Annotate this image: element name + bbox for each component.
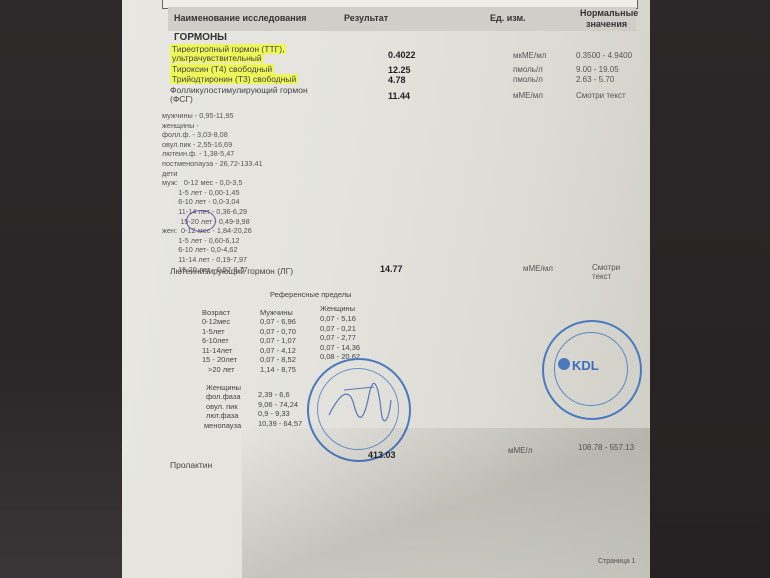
reference-cell: 2,39 - 6,6 xyxy=(258,390,290,400)
reference-note-line: овул.пик - 2,55-16,69 xyxy=(162,140,263,150)
reference-cell: 0,07 - 4,12 xyxy=(260,346,296,356)
reference-note-line: фолл.ф. - 3,03-8,08 xyxy=(162,130,263,140)
table-header: Наименование исследования Результат Ед. … xyxy=(168,7,636,31)
table-surface-left xyxy=(0,0,125,578)
reference-cell: лют.фаза xyxy=(206,411,238,421)
result-value: 12.25 xyxy=(388,65,411,75)
reference-cell: 0,07 - 2,77 xyxy=(320,333,356,343)
signature-stamp xyxy=(307,358,411,462)
kdl-globe-icon xyxy=(558,358,570,370)
reference-cell: 1,14 - 8,75 xyxy=(260,365,296,375)
result-norm: Смотри текст xyxy=(592,263,636,281)
reference-cell: 0,07 - 5,16 xyxy=(320,314,356,324)
reference-cell: 15 - 20лет xyxy=(202,355,237,365)
header-result: Результат xyxy=(344,13,388,23)
table-surface-right xyxy=(630,0,770,578)
reference-cell: Женщины xyxy=(320,304,355,314)
reference-note-line: постменопауза - 26,72-133.41 xyxy=(162,159,263,169)
result-norm: 0.3500 - 4.9400 xyxy=(576,51,632,60)
reference-cell: 0,9 - 9,33 xyxy=(258,409,290,419)
result-value: 4.78 xyxy=(388,75,406,85)
result-unit: пмоль/л xyxy=(513,65,543,74)
kdl-stamp: KDL xyxy=(542,320,642,420)
result-value: 413.03 xyxy=(368,450,396,460)
lab-report-page: Наименование исследования Результат Ед. … xyxy=(122,0,650,578)
reference-note-line: 6-10 лет - 0,0-3,04 xyxy=(162,197,263,207)
reference-cell: 11-14лет xyxy=(202,346,232,356)
reference-cell: овул. пик xyxy=(206,402,238,412)
section-title: ГОРМОНЫ xyxy=(174,32,227,43)
result-row-prolactin: Пролактин 413.03 мМЕ/л 108.78 - 557.13 xyxy=(168,446,636,466)
reference-title: Референсные пределы xyxy=(270,290,352,300)
reference-cell: 6-10лет xyxy=(202,336,229,346)
reference-cell: 10,39 - 64,57 xyxy=(258,419,302,429)
reference-note-line: 6-10 лет- 0,0-4,62 xyxy=(162,245,263,255)
result-norm: 9.00 - 19.05 xyxy=(576,65,619,74)
result-name: Лютеинизирующий гормон (ЛГ) xyxy=(170,267,293,276)
reference-cell: 9,06 - 74,24 xyxy=(258,400,298,410)
reference-note-line: лютеин.ф. - 1,38-5,47 xyxy=(162,149,263,159)
reference-note-line: 1-5 лет - 0,00-1,45 xyxy=(162,188,263,198)
reference-cell: 0,07 - 0,70 xyxy=(260,327,296,337)
result-row-fsh: Фолликулостимулирующий гормон(ФСГ) 11.44… xyxy=(168,86,636,106)
result-value: 0.4022 xyxy=(388,50,416,60)
reference-cell: 0,07 - 8,52 xyxy=(260,355,296,365)
result-name-2: (ФСГ) xyxy=(170,94,193,104)
result-row-lh: Лютеинизирующий гормон (ЛГ) 14.77 мМЕ/мл… xyxy=(168,264,636,276)
header-norm-2: значения xyxy=(586,19,627,29)
fsh-reference-notes: мужчины - 0,95-11,95женщины -фолл.ф. - 3… xyxy=(162,111,263,274)
result-norm: 108.78 - 557.13 xyxy=(578,443,634,452)
reference-cell: 1-5лет xyxy=(202,327,225,337)
reference-note-line: муж: 0-12 мес - 0,0-3,5 xyxy=(162,178,263,188)
reference-note-line: 1-5 лет - 0,60-6,12 xyxy=(162,236,263,246)
page-number: Страница 1 xyxy=(598,558,636,565)
reference-cell: 0,07 - 1,07 xyxy=(260,336,296,346)
result-norm: 2.63 - 5.70 xyxy=(576,75,614,84)
result-name-2: ультрачувствительный xyxy=(170,53,264,63)
result-unit: мМЕ/мл xyxy=(523,264,553,273)
reference-cell: фол.фаза xyxy=(206,392,241,402)
result-unit: пмоль/л xyxy=(513,75,543,84)
reference-note-line: женщины - xyxy=(162,121,263,131)
result-name: Пролактин xyxy=(170,461,212,470)
result-value: 11.44 xyxy=(388,91,410,101)
reference-note-line: дети xyxy=(162,169,263,179)
result-name: Трийодтиронин (Т3) свободный xyxy=(170,74,298,84)
result-name: Тироксин (Т4) свободный xyxy=(170,64,274,74)
result-unit: мМЕ/мл xyxy=(513,91,543,100)
reference-cell: менопауза xyxy=(204,421,241,431)
header-name: Наименование исследования xyxy=(174,13,307,23)
signature-icon xyxy=(319,375,399,435)
reference-cell: >20 лет xyxy=(208,365,235,375)
result-row-t3: Трийодтиронин (Т3) свободный 4.78 пмоль/… xyxy=(168,75,636,85)
result-unit: мкМЕ/мл xyxy=(513,51,546,60)
reference-cell: 0,07 - 14,36 xyxy=(320,343,360,353)
reference-cell: 0,07 - 6,96 xyxy=(260,317,296,327)
result-value: 14.77 xyxy=(380,264,403,274)
pen-circle-mark xyxy=(186,210,216,232)
header-unit: Ед. изм. xyxy=(490,13,526,23)
result-row-tsh: Тиреотропный гормон (ТТГ),ультрачувствит… xyxy=(168,44,636,64)
header-norm-1: Нормальные xyxy=(580,8,638,18)
result-norm: Смотри текст xyxy=(576,91,626,100)
result-unit: мМЕ/л xyxy=(508,446,532,455)
reference-cell: 0,07 - 0,21 xyxy=(320,324,356,334)
kdl-logo: KDL xyxy=(572,358,599,373)
reference-note-line: мужчины - 0,95-11,95 xyxy=(162,111,263,121)
reference-cell: 0-12мес xyxy=(202,317,230,327)
